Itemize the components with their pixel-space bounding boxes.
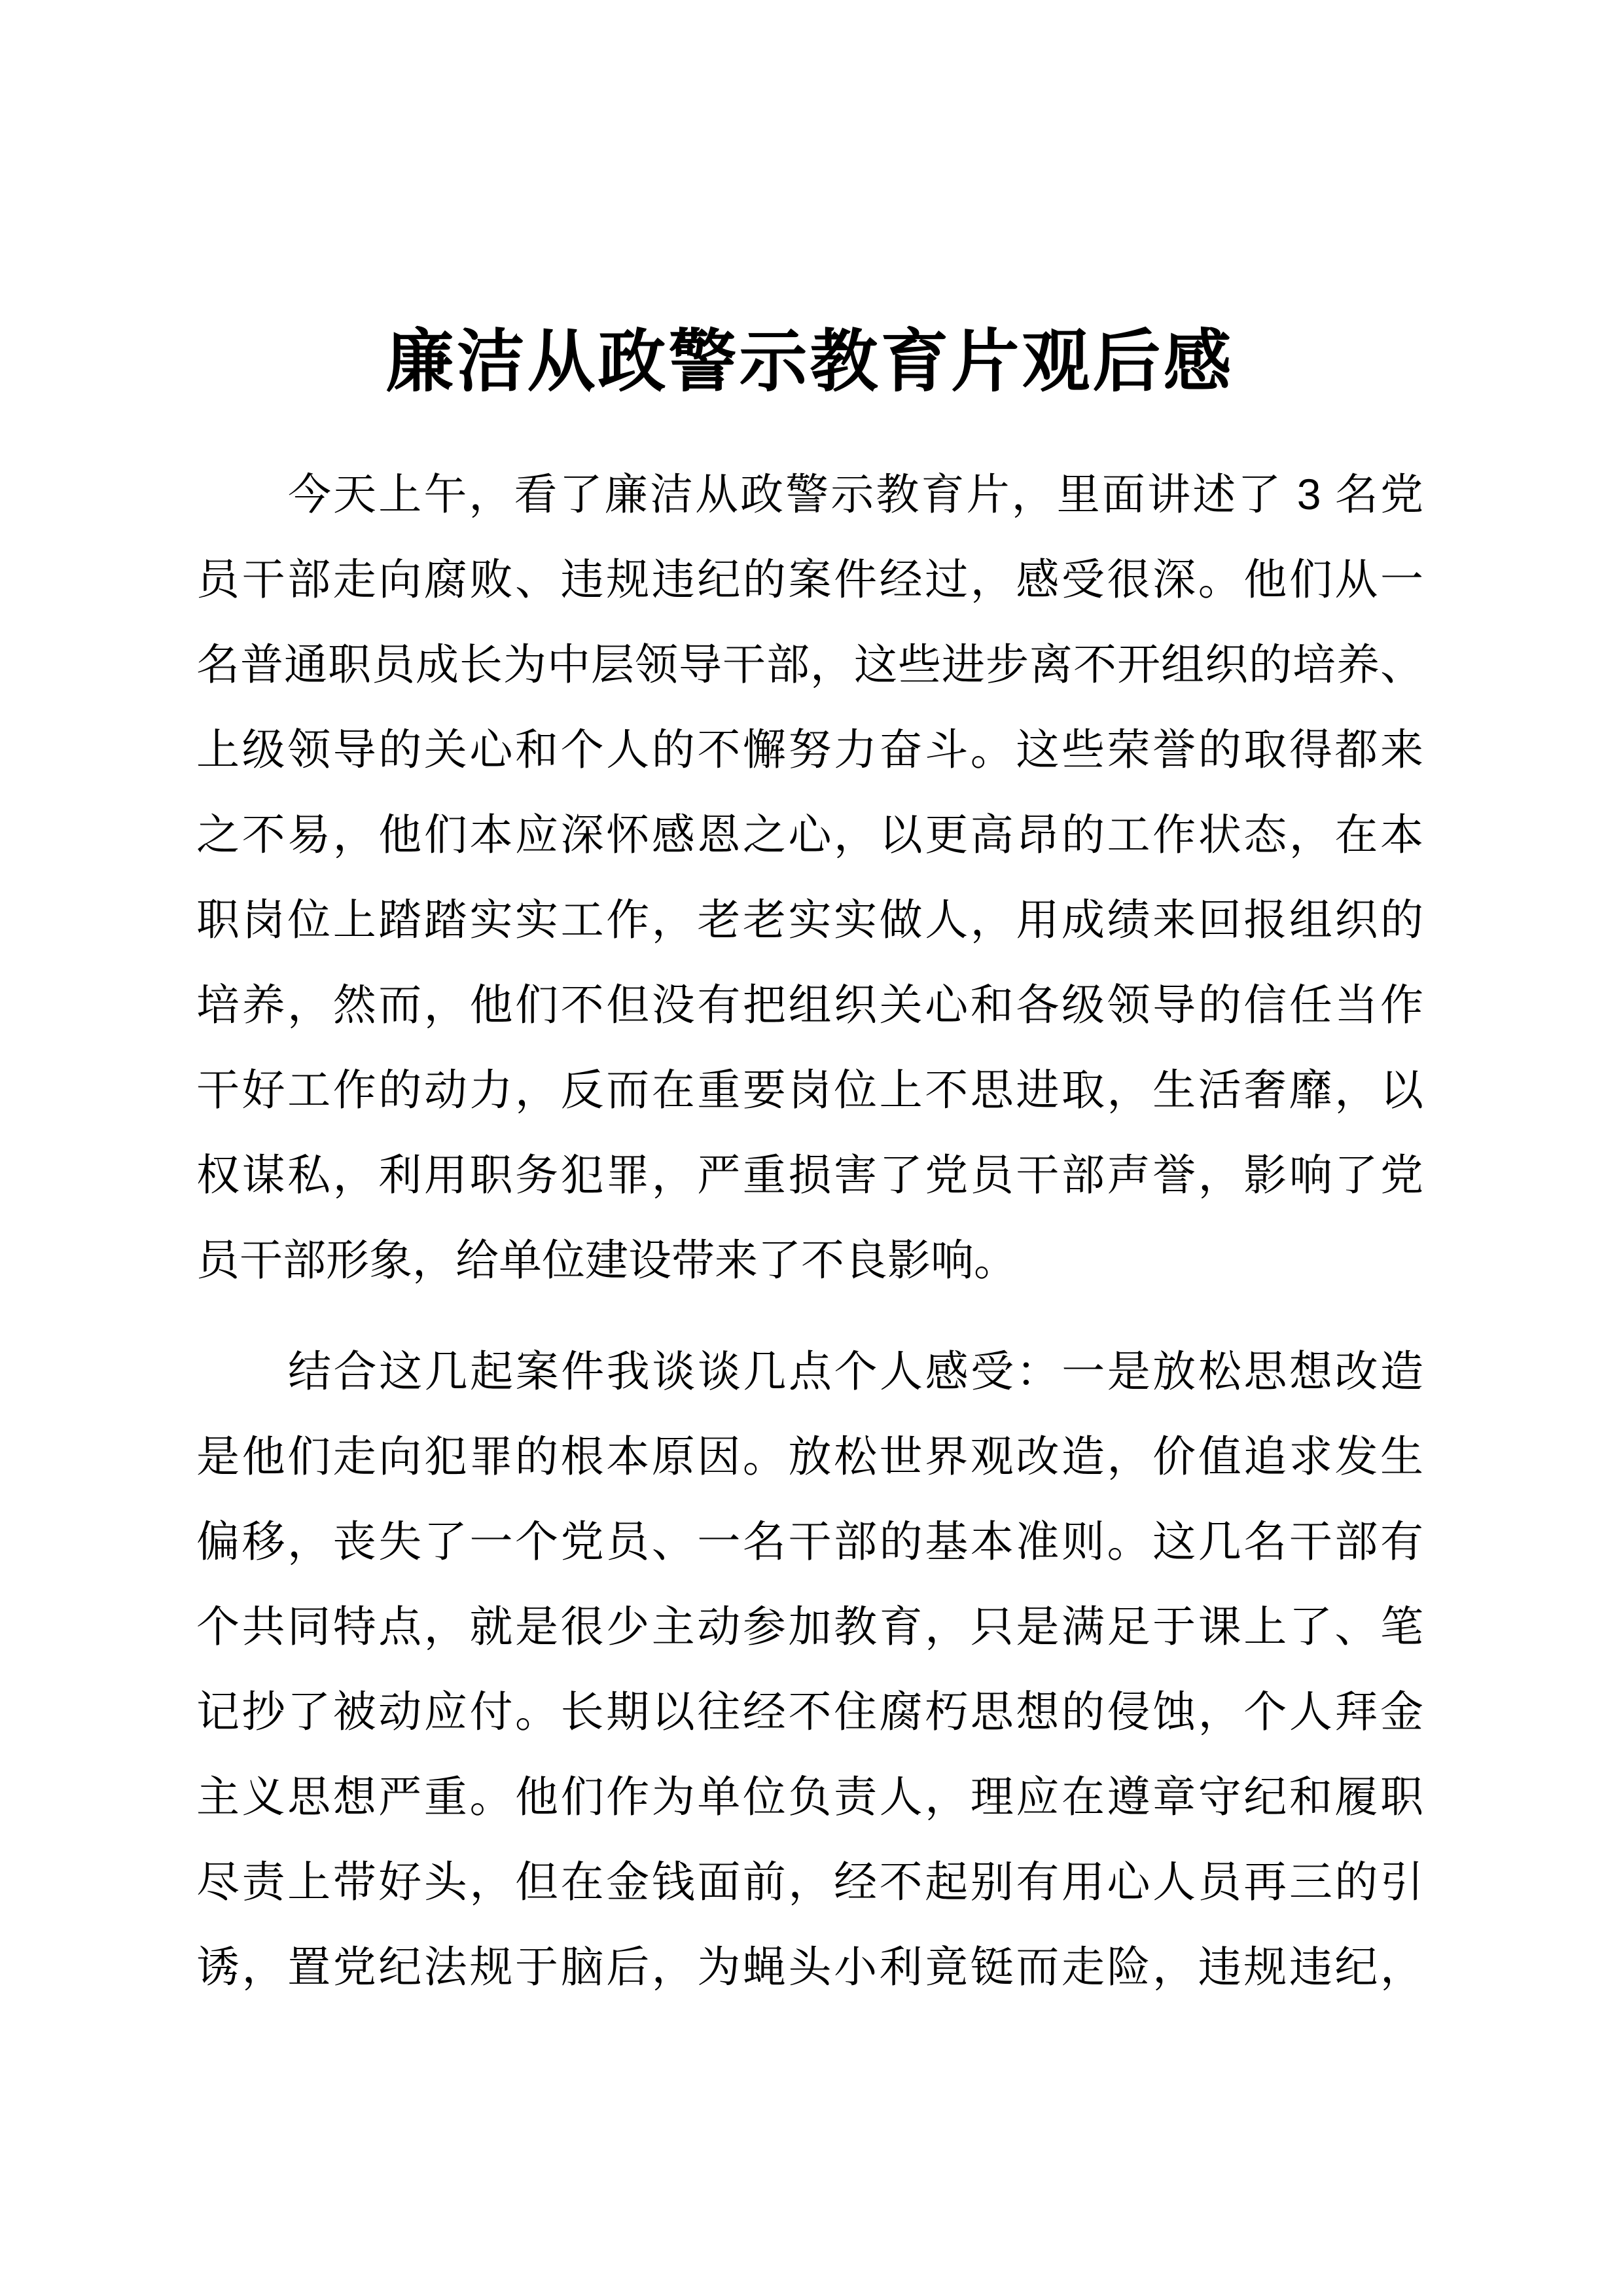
text-line: 诱，置党纪法规于脑后，为蝇头小利竟铤而走险，违规违纪， <box>196 1924 1423 2009</box>
paragraph-1: 今天上午，看了廉洁从政警示教育片，里面讲述了 3 名党员干部走向腐败、违规违纪的… <box>196 452 1423 1302</box>
text-line: 偏移，丧失了一个党员、一名干部的基本准则。这几名干部有 <box>196 1499 1423 1584</box>
text-line: 结合这几起案件我谈谈几点个人感受：一是放松思想改造 <box>196 1329 1423 1414</box>
text-line: 上级领导的关心和个人的不懈努力奋斗。这些荣誉的取得都来 <box>196 707 1423 792</box>
paragraph-2: 结合这几起案件我谈谈几点个人感受：一是放松思想改造是他们走向犯罪的根本原因。放松… <box>196 1329 1423 2009</box>
document-page: 廉洁从政警示教育片观后感 今天上午，看了廉洁从政警示教育片，里面讲述了 3 名党… <box>0 0 1623 2296</box>
text-line: 员干部形象，给单位建设带来了不良影响。 <box>196 1217 1423 1302</box>
text-line: 员干部走向腐败、违规违纪的案件经过，感受很深。他们从一 <box>196 537 1423 622</box>
text-line: 权谋私，利用职务犯罪，严重损害了党员干部声誉，影响了党 <box>196 1132 1423 1217</box>
document-title: 廉洁从政警示教育片观后感 <box>196 319 1423 404</box>
text-line: 今天上午，看了廉洁从政警示教育片，里面讲述了 3 名党 <box>196 452 1423 537</box>
text-line: 记抄了被动应付。长期以往经不住腐朽思想的侵蚀，个人拜金 <box>196 1669 1423 1754</box>
text-line: 干好工作的动力，反而在重要岗位上不思进取，生活奢靡，以 <box>196 1047 1423 1132</box>
text-line: 名普通职员成长为中层领导干部，这些进步离不开组织的培养、 <box>196 622 1423 707</box>
document-body: 今天上午，看了廉洁从政警示教育片，里面讲述了 3 名党员干部走向腐败、违规违纪的… <box>196 452 1423 2009</box>
text-line: 之不易，他们本应深怀感恩之心，以更高昂的工作状态，在本 <box>196 792 1423 877</box>
text-line: 尽责上带好头，但在金钱面前，经不起别有用心人员再三的引 <box>196 1839 1423 1924</box>
text-line: 培养，然而，他们不但没有把组织关心和各级领导的信任当作 <box>196 962 1423 1047</box>
text-line: 主义思想严重。他们作为单位负责人，理应在遵章守纪和履职 <box>196 1754 1423 1839</box>
text-line: 是他们走向犯罪的根本原因。放松世界观改造，价值追求发生 <box>196 1414 1423 1499</box>
text-line: 个共同特点，就是很少主动参加教育，只是满足于课上了、笔 <box>196 1584 1423 1669</box>
text-line: 职岗位上踏踏实实工作，老老实实做人，用成绩来回报组织的 <box>196 877 1423 962</box>
